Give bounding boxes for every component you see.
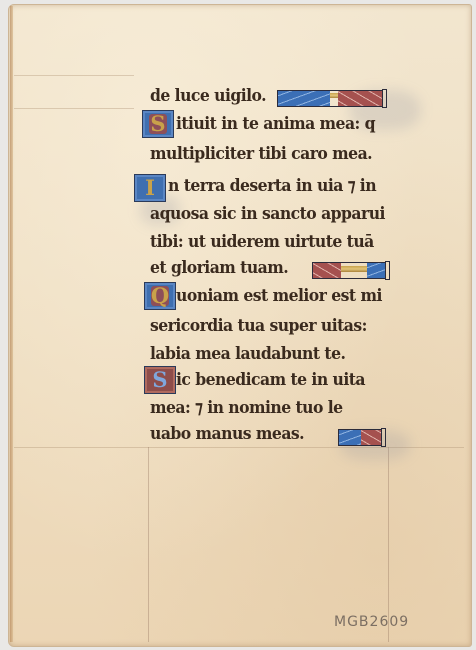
ruling-line (388, 447, 389, 642)
text-line: mea: ⁊ in nomine tuo le (150, 396, 343, 420)
text-line: et gloriam tuam. (150, 256, 288, 280)
line-filler-bracket (381, 428, 386, 447)
ruling-line (148, 447, 149, 642)
ruling-line (14, 108, 134, 109)
text-line: multipliciter tibi caro mea. (150, 142, 372, 166)
text-line: itiuit in te anima mea: q (176, 112, 375, 136)
text-line: labia mea laudabunt te. (150, 342, 345, 366)
line-filler (338, 429, 382, 446)
text-line: de luce uigilo. (150, 84, 266, 108)
illuminated-initial: I (134, 174, 166, 202)
text-line: aquosa sic in sancto apparui (150, 202, 385, 226)
line-filler-bracket (382, 89, 387, 108)
text-line: uabo manus meas. (150, 422, 304, 446)
line-filler (277, 90, 383, 107)
text-line: n terra deserta in uia ⁊ in (168, 174, 376, 198)
text-line: uoniam est melior est mi (176, 284, 382, 308)
shelfmark-label: MGB2609 (334, 614, 409, 630)
line-filler (312, 262, 386, 279)
illuminated-initial: S (142, 110, 174, 138)
ruling-line (14, 75, 134, 76)
text-line: ic benedicam te in uita (176, 368, 365, 392)
text-line: tibi: ut uiderem uirtute tuā (150, 230, 374, 254)
illuminated-initial: Q (144, 282, 176, 310)
line-filler-bracket (385, 261, 390, 280)
illuminated-initial: S (144, 366, 176, 394)
text-line: sericordia tua super uitas: (150, 314, 367, 338)
leaf-edge (10, 6, 13, 642)
